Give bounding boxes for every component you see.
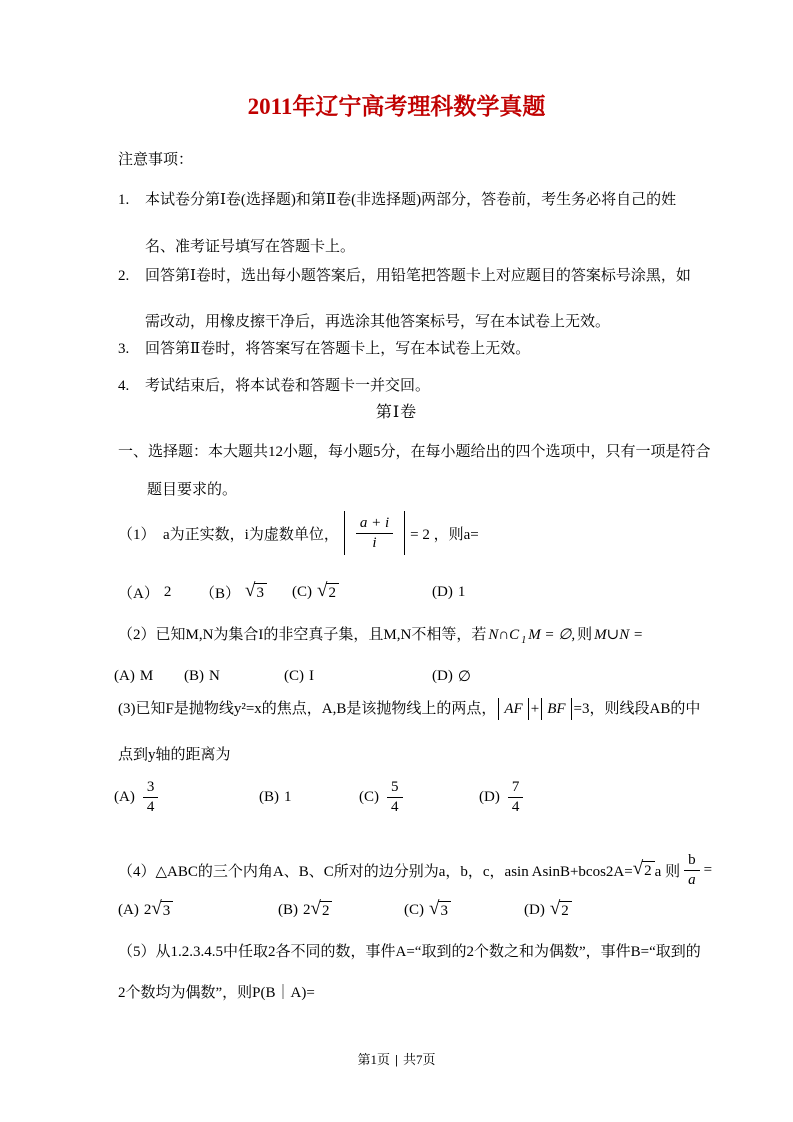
option-value: 1 <box>284 789 292 806</box>
option-label: (C) <box>404 902 424 919</box>
notice-item-2-line-1: 回答第Ⅰ卷时，选出每小题答案后，用铅笔把答题卡上对应题目的答案标号涂黑，如 <box>145 268 691 284</box>
q4-option-b: (B) 2 √2 <box>278 901 404 920</box>
option-fraction: 34 <box>143 778 159 817</box>
sqrt-expression: √2 <box>311 901 333 920</box>
q2-option-b: (B) N <box>184 668 284 685</box>
notice-item-4-number: 4. <box>118 376 145 396</box>
radicand: 3 <box>161 901 174 920</box>
q2-math-1: N∩C <box>488 627 519 643</box>
option-label: (B) <box>259 789 279 806</box>
q4-option-c: (C) √3 <box>404 901 524 920</box>
q1-fraction-denominator: i <box>369 534 379 553</box>
q1-abs-fraction: a + i i <box>344 511 405 556</box>
radicand: 2 <box>320 901 333 920</box>
question-4: （4）△ABC的三个内角A、B、C所对的边分别为a，b，c，asin AsinB… <box>118 845 712 895</box>
q4-text: （4）△ABC的三个内角A、B、C所对的边分别为a，b，c，asin AsinB… <box>118 860 633 881</box>
notice-item-3: 3.回答第Ⅱ卷时，将答案写在答题卡上，写在本试卷上无效。 <box>118 339 530 359</box>
q2-math-2: M = ∅, <box>528 627 575 643</box>
radicand: 2 <box>642 861 655 880</box>
option-label: (D) <box>432 584 453 601</box>
notice-item-2-number: 2. <box>118 266 145 286</box>
fraction-numerator: 7 <box>508 778 524 798</box>
page-footer: 第1页|共7页 <box>0 1050 793 1070</box>
q3-text-1: (3)已知F是抛物线y²=x的焦点，A,B是该抛物线上的两点， <box>118 701 496 717</box>
question-1: （1） a为正实数，i为虚数单位， a + i i = 2 ，则a= <box>118 505 479 561</box>
fraction-denominator: 4 <box>144 798 158 817</box>
exam-document-page: 2011年辽宁高考理科数学真题 注意事项： 1.本试卷分第Ⅰ卷(选择题)和第Ⅱ卷… <box>0 0 793 1122</box>
footer-page-total: 共7页 <box>403 1052 436 1067</box>
q3-abs-AF: AF <box>498 698 528 720</box>
radical-sign: √ <box>311 899 321 918</box>
notice-item-1-line-2: 名、准考证号填写在答题卡上。 <box>145 237 355 257</box>
question-5-line-1: （5）从1.2.3.4.5中任取2各不同的数，事件A=“取到的2个数之和为偶数”… <box>118 942 701 962</box>
option-label: (B) <box>184 668 204 685</box>
option-value: ∅ <box>458 667 471 686</box>
option-label: (A) <box>118 902 139 919</box>
fraction-denominator: a <box>685 871 699 890</box>
option-label: (D) <box>432 668 453 685</box>
fraction-numerator: 3 <box>143 778 159 798</box>
question-2: （2）已知M,N为集合I的非空真子集，且M,N不相等，若N∩C1M = ∅,则M… <box>118 625 645 651</box>
option-value: 1 <box>458 584 466 601</box>
question-1-options: （A） 2 （B） √3 (C) √2 (D) 1 <box>118 582 465 603</box>
option-label: (D) <box>524 902 545 919</box>
option-label: (B) <box>278 902 298 919</box>
q4-fraction: ba <box>683 851 701 890</box>
notice-item-1-line-1: 本试卷分第Ⅰ卷(选择题)和第Ⅱ卷(非选择题)两部分，答卷前，考生务必将自己的姓 <box>145 192 676 208</box>
instructions-line-2: 题目要求的。 <box>147 480 237 500</box>
q2-math-3: M∪N = <box>594 627 643 643</box>
option-label: (C) <box>284 668 304 685</box>
sqrt-expression: √3 <box>245 583 267 602</box>
radicand: 3 <box>254 583 267 602</box>
notice-item-3-number: 3. <box>118 339 145 359</box>
q3-abs-BF: BF <box>541 698 571 720</box>
fraction-denominator: 4 <box>509 798 523 817</box>
radical-sign: √ <box>245 581 255 600</box>
q2-option-c: (C) I <box>284 668 432 685</box>
q4-tail: = <box>704 862 712 879</box>
q2-option-d: (D) ∅ <box>432 667 471 686</box>
notice-item-2: 2.回答第Ⅰ卷时，选出每小题答案后，用铅笔把答题卡上对应题目的答案标号涂黑，如 <box>118 266 691 286</box>
footer-page-number: 第1页 <box>358 1052 391 1067</box>
question-5-line-2: 2个数均为偶数”，则P(B｜A)= <box>118 983 315 1003</box>
radicand: 2 <box>559 901 572 920</box>
question-3-options: (A) 34 (B) 1 (C) 54 (D) 74 <box>114 778 526 817</box>
option-label: (C) <box>292 584 312 601</box>
option-fraction: 74 <box>508 778 524 817</box>
question-2-options: (A) M (B) N (C) I (D) ∅ <box>114 667 471 686</box>
q3-option-d: (D) 74 <box>479 778 526 817</box>
fraction-numerator: 5 <box>387 778 403 798</box>
notice-item-2-line-2: 需改动，用橡皮擦干净后，再选涂其他答案标号，写在本试卷上无效。 <box>145 312 610 332</box>
option-coefficient: 2 <box>144 902 152 919</box>
option-value: I <box>309 668 314 685</box>
notice-item-3-line-1: 回答第Ⅱ卷时，将答案写在答题卡上，写在本试卷上无效。 <box>145 341 530 357</box>
q2-option-a: (A) M <box>114 668 184 685</box>
option-label: （B） <box>200 582 240 603</box>
q3-option-a: (A) 34 <box>114 778 259 817</box>
q3-option-b: (B) 1 <box>259 789 359 806</box>
option-label: (C) <box>359 789 379 806</box>
radical-sign: √ <box>550 899 560 918</box>
q1-text: （1） a为正实数，i为虚数单位， <box>118 523 339 544</box>
option-coefficient: 2 <box>303 902 311 919</box>
option-value: M <box>140 668 153 685</box>
q1-option-b: （B） √3 <box>200 582 292 603</box>
q1-option-c: (C) √2 <box>292 583 432 602</box>
sqrt-expression: √3 <box>429 901 451 920</box>
option-value: 2 <box>164 584 172 601</box>
question-4-options: (A) 2 √3 (B) 2 √2 (C) √3 (D) √2 <box>118 901 572 920</box>
radicand: 3 <box>438 901 451 920</box>
q3-tail: =3 <box>574 701 590 717</box>
radicand: 2 <box>326 583 339 602</box>
notice-item-1-number: 1. <box>118 190 145 210</box>
sqrt-expression: √2 <box>550 901 572 920</box>
notice-item-4-line-1: 考试结束后，将本试卷和答题卡一并交回。 <box>145 378 430 394</box>
q1-option-d: (D) 1 <box>432 584 465 601</box>
fraction-denominator: 4 <box>388 798 402 817</box>
q4-text-2: a 则 <box>655 860 680 881</box>
sqrt-expression: √2 <box>317 583 339 602</box>
option-label: (A) <box>114 789 135 806</box>
notice-item-4: 4.考试结束后，将本试卷和答题卡一并交回。 <box>118 376 430 396</box>
notice-item-1: 1.本试卷分第Ⅰ卷(选择题)和第Ⅱ卷(非选择题)两部分，答卷前，考生务必将自己的… <box>118 190 676 210</box>
q1-fraction: a + i i <box>354 514 395 553</box>
q1-text-tail: = 2 ，则a= <box>410 523 479 544</box>
radical-sign: √ <box>317 581 327 600</box>
q2-subscript: 1 <box>521 635 526 646</box>
sqrt-expression: √3 <box>151 901 173 920</box>
fraction-numerator: b <box>684 851 700 871</box>
q1-fraction-numerator: a + i <box>356 514 393 534</box>
question-3-line-2: 点到y轴的距离为 <box>118 745 231 765</box>
q3-BF: BF <box>547 701 565 717</box>
footer-separator: | <box>395 1052 398 1067</box>
section-heading: 第Ⅰ卷 <box>0 403 793 423</box>
question-3-line-1: (3)已知F是抛物线y²=x的焦点，A,B是该抛物线上的两点，AF+BF=3，则… <box>118 698 700 720</box>
radical-sign: √ <box>429 899 439 918</box>
exam-title: 2011年辽宁高考理科数学真题 <box>0 92 793 122</box>
instructions-line-1: 一、选择题：本大题共12小题，每小题5分，在每小题给出的四个选项中，只有一项是符… <box>118 442 711 462</box>
q4-option-d: (D) √2 <box>524 901 572 920</box>
q3-AF: AF <box>504 701 522 717</box>
option-label: （A） <box>118 582 159 603</box>
sqrt-expression: √2 <box>633 861 655 880</box>
q1-option-a: （A） 2 <box>118 582 200 603</box>
q3-text-2: ，则线段AB的中 <box>589 701 700 717</box>
option-fraction: 54 <box>387 778 403 817</box>
option-label: (D) <box>479 789 500 806</box>
q4-option-a: (A) 2 √3 <box>118 901 278 920</box>
q2-zh: 则 <box>577 627 592 643</box>
option-label: (A) <box>114 668 135 685</box>
radical-sign: √ <box>151 899 161 918</box>
q2-text: （2）已知M,N为集合I的非空真子集，且M,N不相等，若 <box>118 627 486 643</box>
q3-plus: + <box>531 701 539 717</box>
q3-option-c: (C) 54 <box>359 778 479 817</box>
radical-sign: √ <box>633 859 643 878</box>
option-value: N <box>209 668 220 685</box>
notice-heading: 注意事项： <box>118 150 193 170</box>
